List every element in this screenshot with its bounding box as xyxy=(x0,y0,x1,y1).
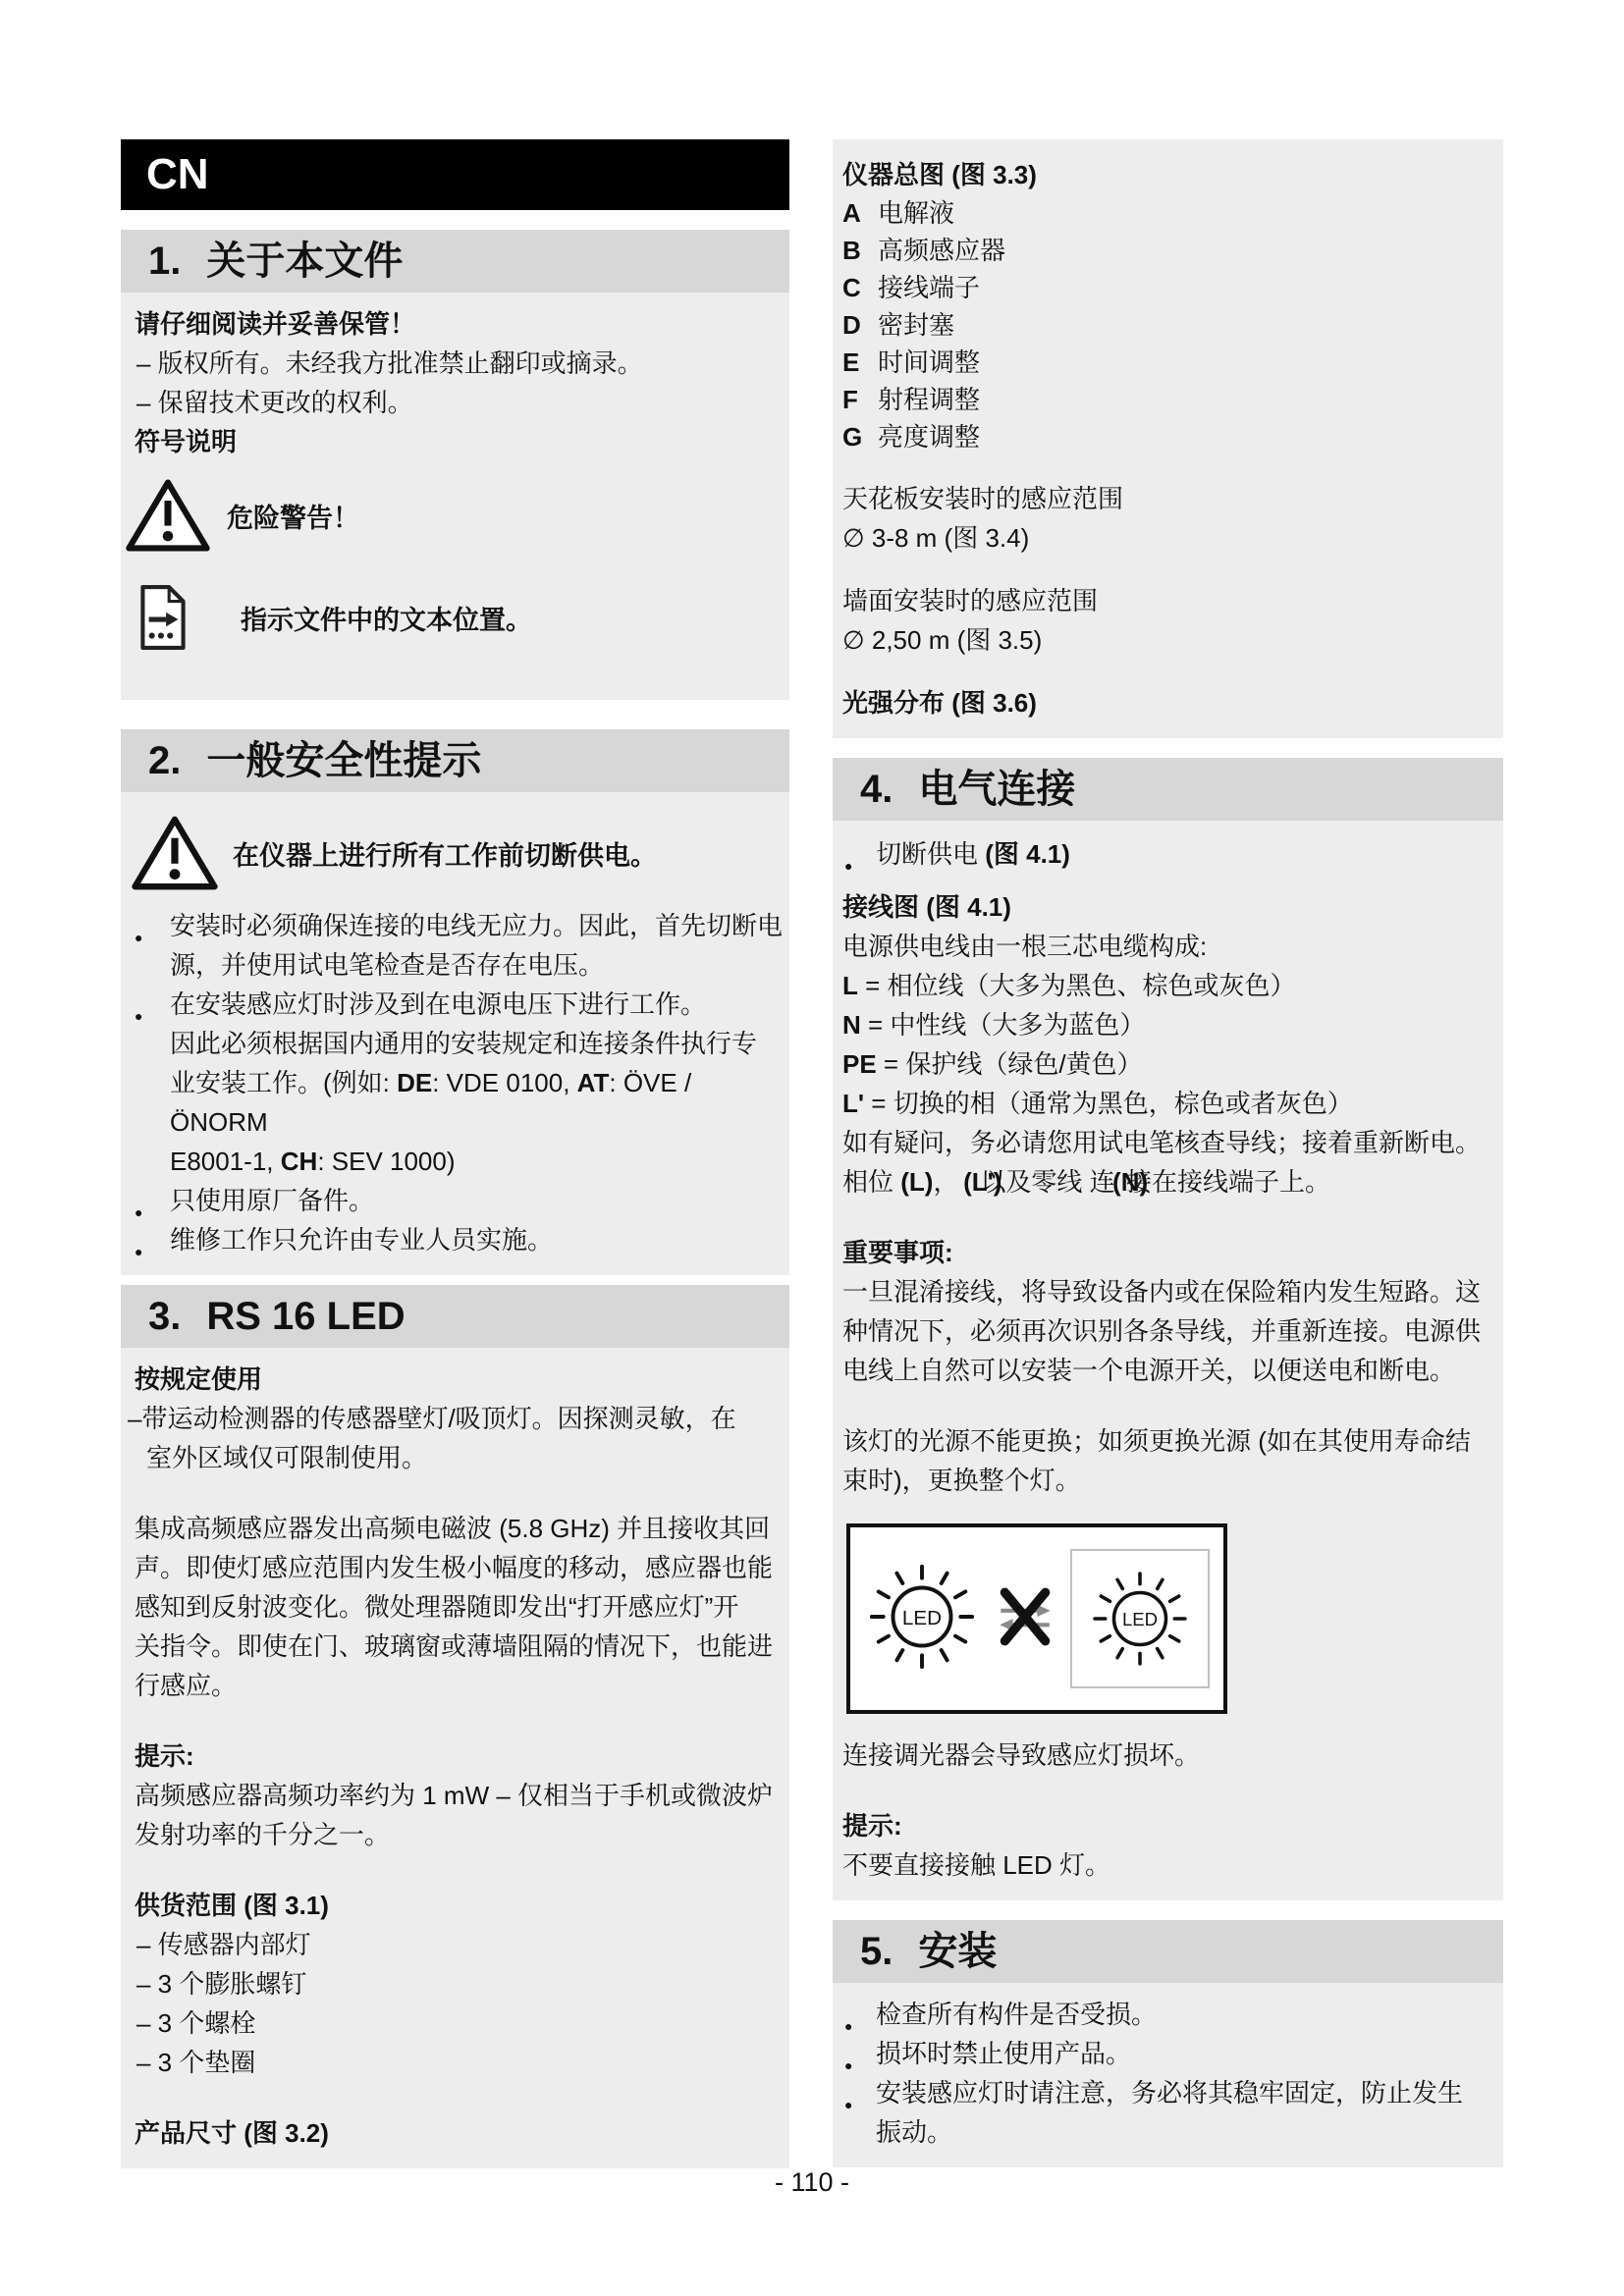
section-5-number: 5. xyxy=(860,1920,893,1983)
section-2-header: 2.一般安全性提示 xyxy=(121,729,789,792)
safety-bullet: 安装时必须确保连接的电线无应力。因此，首先切断电 源，并使用试电笔检查是否存在电… xyxy=(121,906,784,985)
important-heading: 重要事项: xyxy=(833,1233,1497,1272)
document-arrow-icon xyxy=(125,583,241,652)
overview-item-text: 密封塞 xyxy=(878,310,954,340)
dimmer-warning-text: 连接调光器会导致感应灯损坏。 xyxy=(833,1735,1497,1775)
wiring-heading: 接线图 (图 4.1) xyxy=(833,887,1497,927)
safety-bullet: 维修工作只允许由专业人员实施。 xyxy=(121,1220,784,1259)
device-overview-block: 仪器总图 (图 3.3) A电解液 B高频感应器 C接线端子 D密封塞 E时间调… xyxy=(833,139,1503,738)
safety-warning-row: 在仪器上进行所有工作前切断供电。 xyxy=(121,814,784,892)
scope-item: – 3 个螺栓 xyxy=(121,2003,784,2043)
section-5-header: 5.安装 xyxy=(833,1920,1503,1983)
safety-bullet: 在安装感应灯时涉及到在电源电压下进行工作。 因此必须根据国内通用的安装规定和连接… xyxy=(121,985,784,1181)
section-safety: 2.一般安全性提示 在仪器上进行所有工作前切断供电。 安装时必须确保连接的电线无… xyxy=(121,729,789,1275)
document-symbol-label: 指示文件中的文本位置。 xyxy=(241,599,532,637)
wall-range-text: 墙面安装时的感应范围 ∅ 2,50 m (图 3.5) xyxy=(833,581,1497,660)
section-1-title: 关于本文件 xyxy=(206,240,403,283)
section-2-body: 在仪器上进行所有工作前切断供电。 安装时必须确保连接的电线无应力。因此，首先切断… xyxy=(121,792,789,1275)
wire-label: L xyxy=(842,971,858,1000)
dimensions-heading: 产品尺寸 (图 3.2) xyxy=(121,2113,784,2153)
bulb-replacement-text: 该灯的光源不能更换；如须更换光源 (如在其使用寿命结 束时)，更换整个灯。 xyxy=(833,1421,1497,1500)
overview-item-letter: D xyxy=(842,306,878,344)
wire-description: = 中性线（大多为蓝色） xyxy=(861,1010,1146,1040)
copyright-note: – 版权所有。未经我方批准禁止翻印或摘录。 xyxy=(121,344,784,383)
doubt-line: 如有疑问，务必请您用试电笔核查导线；接着重新断电。 xyxy=(833,1123,1497,1162)
overview-item-text: 高频感应器 xyxy=(878,236,1005,265)
section-2-number: 2. xyxy=(148,729,181,792)
hf-sensor-paragraph: 集成高频感应器发出高频电磁波 (5.8 GHz) 并且接收其回 声。即使灯感应范… xyxy=(121,1509,784,1705)
section-installation: 5.安装 检查所有构件是否受损。 损坏时禁止使用产品。 安装感应灯时请注意，务必… xyxy=(833,1920,1503,2167)
wire-description: = 相位线（大多为黑色、棕色或灰色） xyxy=(858,971,1296,1000)
overview-title: 仪器总图 (图 3.3) xyxy=(833,155,1497,194)
section-3-body: 按规定使用 –带运动检测器的传感器壁灯/吸顶灯。因探测灵敏，在 室外区域仅可限制… xyxy=(121,1348,789,2168)
overview-item: F射程调整 xyxy=(833,381,1497,418)
safety-bullet-text: 安装时必须确保连接的电线无应力。因此，首先切断电 源，并使用试电笔检查是否存在电… xyxy=(170,911,783,980)
scope-item: – 3 个垫圈 xyxy=(121,2043,784,2082)
installation-bullet-text: 检查所有构件是否受损。 xyxy=(876,2000,1157,2029)
scope-item: – 传感器内部灯 xyxy=(121,1925,784,1964)
section-4-title: 电气连接 xyxy=(918,768,1075,811)
section-electrical: 4.电气连接 切断供电 (图 4.1) 接线图 (图 4.1) 电源供电线由一根… xyxy=(833,758,1503,1900)
overview-item-letter: E xyxy=(842,344,878,381)
section-product: 3.RS 16 LED 按规定使用 –带运动检测器的传感器壁灯/吸顶灯。因探测灵… xyxy=(121,1285,789,2168)
section-1-header: 1.关于本文件 xyxy=(121,230,789,293)
changes-reserved-note: – 保留技术更改的权利。 xyxy=(121,383,784,422)
left-column: CN 1.关于本文件 请仔细阅读并妥善保管！ – 版权所有。未经我方批准禁止翻印… xyxy=(121,139,789,2168)
cut-power-text: 切断供电 (图 4.1) xyxy=(876,839,1070,869)
overview-item-text: 射程调整 xyxy=(878,385,980,414)
page-number: - 110 - xyxy=(0,2167,1624,2198)
wiring-intro: 电源供电线由一根三芯电缆构成: xyxy=(833,927,1497,966)
installation-bullet-text: 损坏时禁止使用产品。 xyxy=(876,2039,1131,2068)
intended-use-text: –带运动检测器的传感器壁灯/吸顶灯。因探测灵敏，在 室外区域仅可限制使用。 xyxy=(121,1399,784,1477)
overview-item-letter: B xyxy=(842,232,878,269)
danger-symbol-row: 危险警告！ xyxy=(125,477,784,554)
overview-item: A电解液 xyxy=(833,194,1497,232)
warning-triangle-icon xyxy=(125,477,227,554)
overview-item-text: 时间调整 xyxy=(878,347,980,377)
overview-item-letter: G xyxy=(842,418,878,455)
wire-description: = 切换的相（通常为黑色，棕色或者灰色） xyxy=(864,1089,1353,1118)
wire-line: L' = 切换的相（通常为黑色，棕色或者灰色） xyxy=(833,1084,1497,1123)
safety-warning-label: 在仪器上进行所有工作前切断供电。 xyxy=(233,834,657,873)
safety-bullet-text: 只使用原厂备件。 xyxy=(170,1186,374,1215)
installation-bullet: 损坏时禁止使用产品。 xyxy=(833,2034,1497,2073)
light-distribution-heading: 光强分布 (图 3.6) xyxy=(833,683,1497,722)
right-column: 仪器总图 (图 3.3) A电解液 B高频感应器 C接线端子 D密封塞 E时间调… xyxy=(833,139,1503,2167)
section-about-document: 1.关于本文件 请仔细阅读并妥善保管！ – 版权所有。未经我方批准禁止翻印或摘录… xyxy=(121,230,789,700)
led-label: LED xyxy=(1122,1609,1158,1629)
section-5-body: 检查所有构件是否受损。 损坏时禁止使用产品。 安装感应灯时请注意，务必将其稳牢固… xyxy=(833,1983,1503,2167)
read-keep-note: 请仔细阅读并妥善保管！ xyxy=(121,304,784,344)
tip-heading: 提示: xyxy=(121,1736,784,1776)
overview-item: C接线端子 xyxy=(833,269,1497,306)
overview-item-text: 接线端子 xyxy=(878,273,980,302)
important-text: 一旦混淆接线，将导致设备内或在保险箱内发生短路。这 种情况下，必须再次识别各条导… xyxy=(833,1272,1497,1390)
warning-triangle-icon xyxy=(131,814,233,892)
section-5-title: 安装 xyxy=(918,1930,997,1973)
symbols-heading: 符号说明 xyxy=(121,422,784,461)
no-replace-icon xyxy=(993,1586,1057,1652)
wire-label: L' xyxy=(842,1089,864,1118)
safety-bullet-text: 在安装感应灯时涉及到在电源电压下进行工作。 因此必须根据国内通用的安装规定和连接… xyxy=(170,989,757,1176)
section-3-title: RS 16 LED xyxy=(206,1295,405,1338)
danger-symbol-label: 危险警告！ xyxy=(227,497,359,535)
wire-line: N = 中性线（大多为蓝色） xyxy=(833,1005,1497,1044)
overview-item: G亮度调整 xyxy=(833,418,1497,455)
section-2-title: 一般安全性提示 xyxy=(206,739,481,782)
terminal-line: 相位 (L)， (L')以及零线 连(N)接在接线端子上。 xyxy=(833,1162,1497,1201)
scope-heading: 供货范围 (图 3.1) xyxy=(121,1886,784,1925)
safety-bullet: 只使用原厂备件。 xyxy=(121,1181,784,1220)
manual-page: CN 1.关于本文件 请仔细阅读并妥善保管！ – 版权所有。未经我方批准禁止翻印… xyxy=(0,0,1624,2296)
overview-item: D密封塞 xyxy=(833,306,1497,344)
wire-line: PE = 保护线（绿色/黄色） xyxy=(833,1044,1497,1084)
section-4-header: 4.电气连接 xyxy=(833,758,1503,821)
document-symbol-row: 指示文件中的文本位置。 xyxy=(125,583,784,652)
installation-bullet-text: 安装感应灯时请注意，务必将其稳牢固定，防止发生 振动。 xyxy=(876,2078,1463,2147)
wire-description: = 保护线（绿色/黄色） xyxy=(877,1049,1143,1079)
intended-use-heading: 按规定使用 xyxy=(121,1360,784,1399)
ceiling-range-text: 天花板安装时的感应范围 ∅ 3-8 m (图 3.4) xyxy=(833,479,1497,558)
led-label: LED xyxy=(902,1606,942,1629)
section-1-number: 1. xyxy=(148,230,181,293)
section-3-header: 3.RS 16 LED xyxy=(121,1285,789,1348)
led-lamp-icon: LED xyxy=(864,1559,980,1680)
tip-heading: 提示: xyxy=(833,1806,1497,1845)
scope-item: – 3 个膨胀螺钉 xyxy=(121,1964,784,2003)
wire-label: PE xyxy=(842,1049,877,1079)
overview-item-letter: C xyxy=(842,269,878,306)
language-banner: CN xyxy=(121,139,789,210)
section-3-number: 3. xyxy=(148,1285,181,1348)
cut-power-bullet: 切断供电 (图 4.1) xyxy=(833,834,1497,874)
overview-item-text: 亮度调整 xyxy=(878,422,980,452)
wire-line: L = 相位线（大多为黑色、棕色或灰色） xyxy=(833,966,1497,1005)
overview-item: E时间调整 xyxy=(833,344,1497,381)
tip-text: 不要直接接触 LED 灯。 xyxy=(833,1845,1497,1885)
overview-item-text: 电解液 xyxy=(878,198,954,228)
led-lamp-boxed-icon: LED xyxy=(1070,1549,1210,1688)
installation-bullet: 检查所有构件是否受损。 xyxy=(833,1995,1497,2034)
tip-text: 高频感应器高频功率约为 1 mW – 仅相当于手机或微波炉 发射功率的千分之一。 xyxy=(121,1776,784,1854)
led-replacement-figure: LED xyxy=(846,1523,1227,1714)
section-4-number: 4. xyxy=(860,758,893,821)
overview-item-letter: F xyxy=(842,381,878,418)
installation-bullet: 安装感应灯时请注意，务必将其稳牢固定，防止发生 振动。 xyxy=(833,2073,1497,2152)
section-4-body: 切断供电 (图 4.1) 接线图 (图 4.1) 电源供电线由一根三芯电缆构成:… xyxy=(833,821,1503,1900)
wire-label: N xyxy=(842,1010,861,1040)
overview-item: B高频感应器 xyxy=(833,232,1497,269)
section-1-body: 请仔细阅读并妥善保管！ – 版权所有。未经我方批准禁止翻印或摘录。 – 保留技术… xyxy=(121,293,789,700)
safety-bullet-text: 维修工作只允许由专业人员实施。 xyxy=(170,1225,553,1255)
overview-item-letter: A xyxy=(842,194,878,232)
